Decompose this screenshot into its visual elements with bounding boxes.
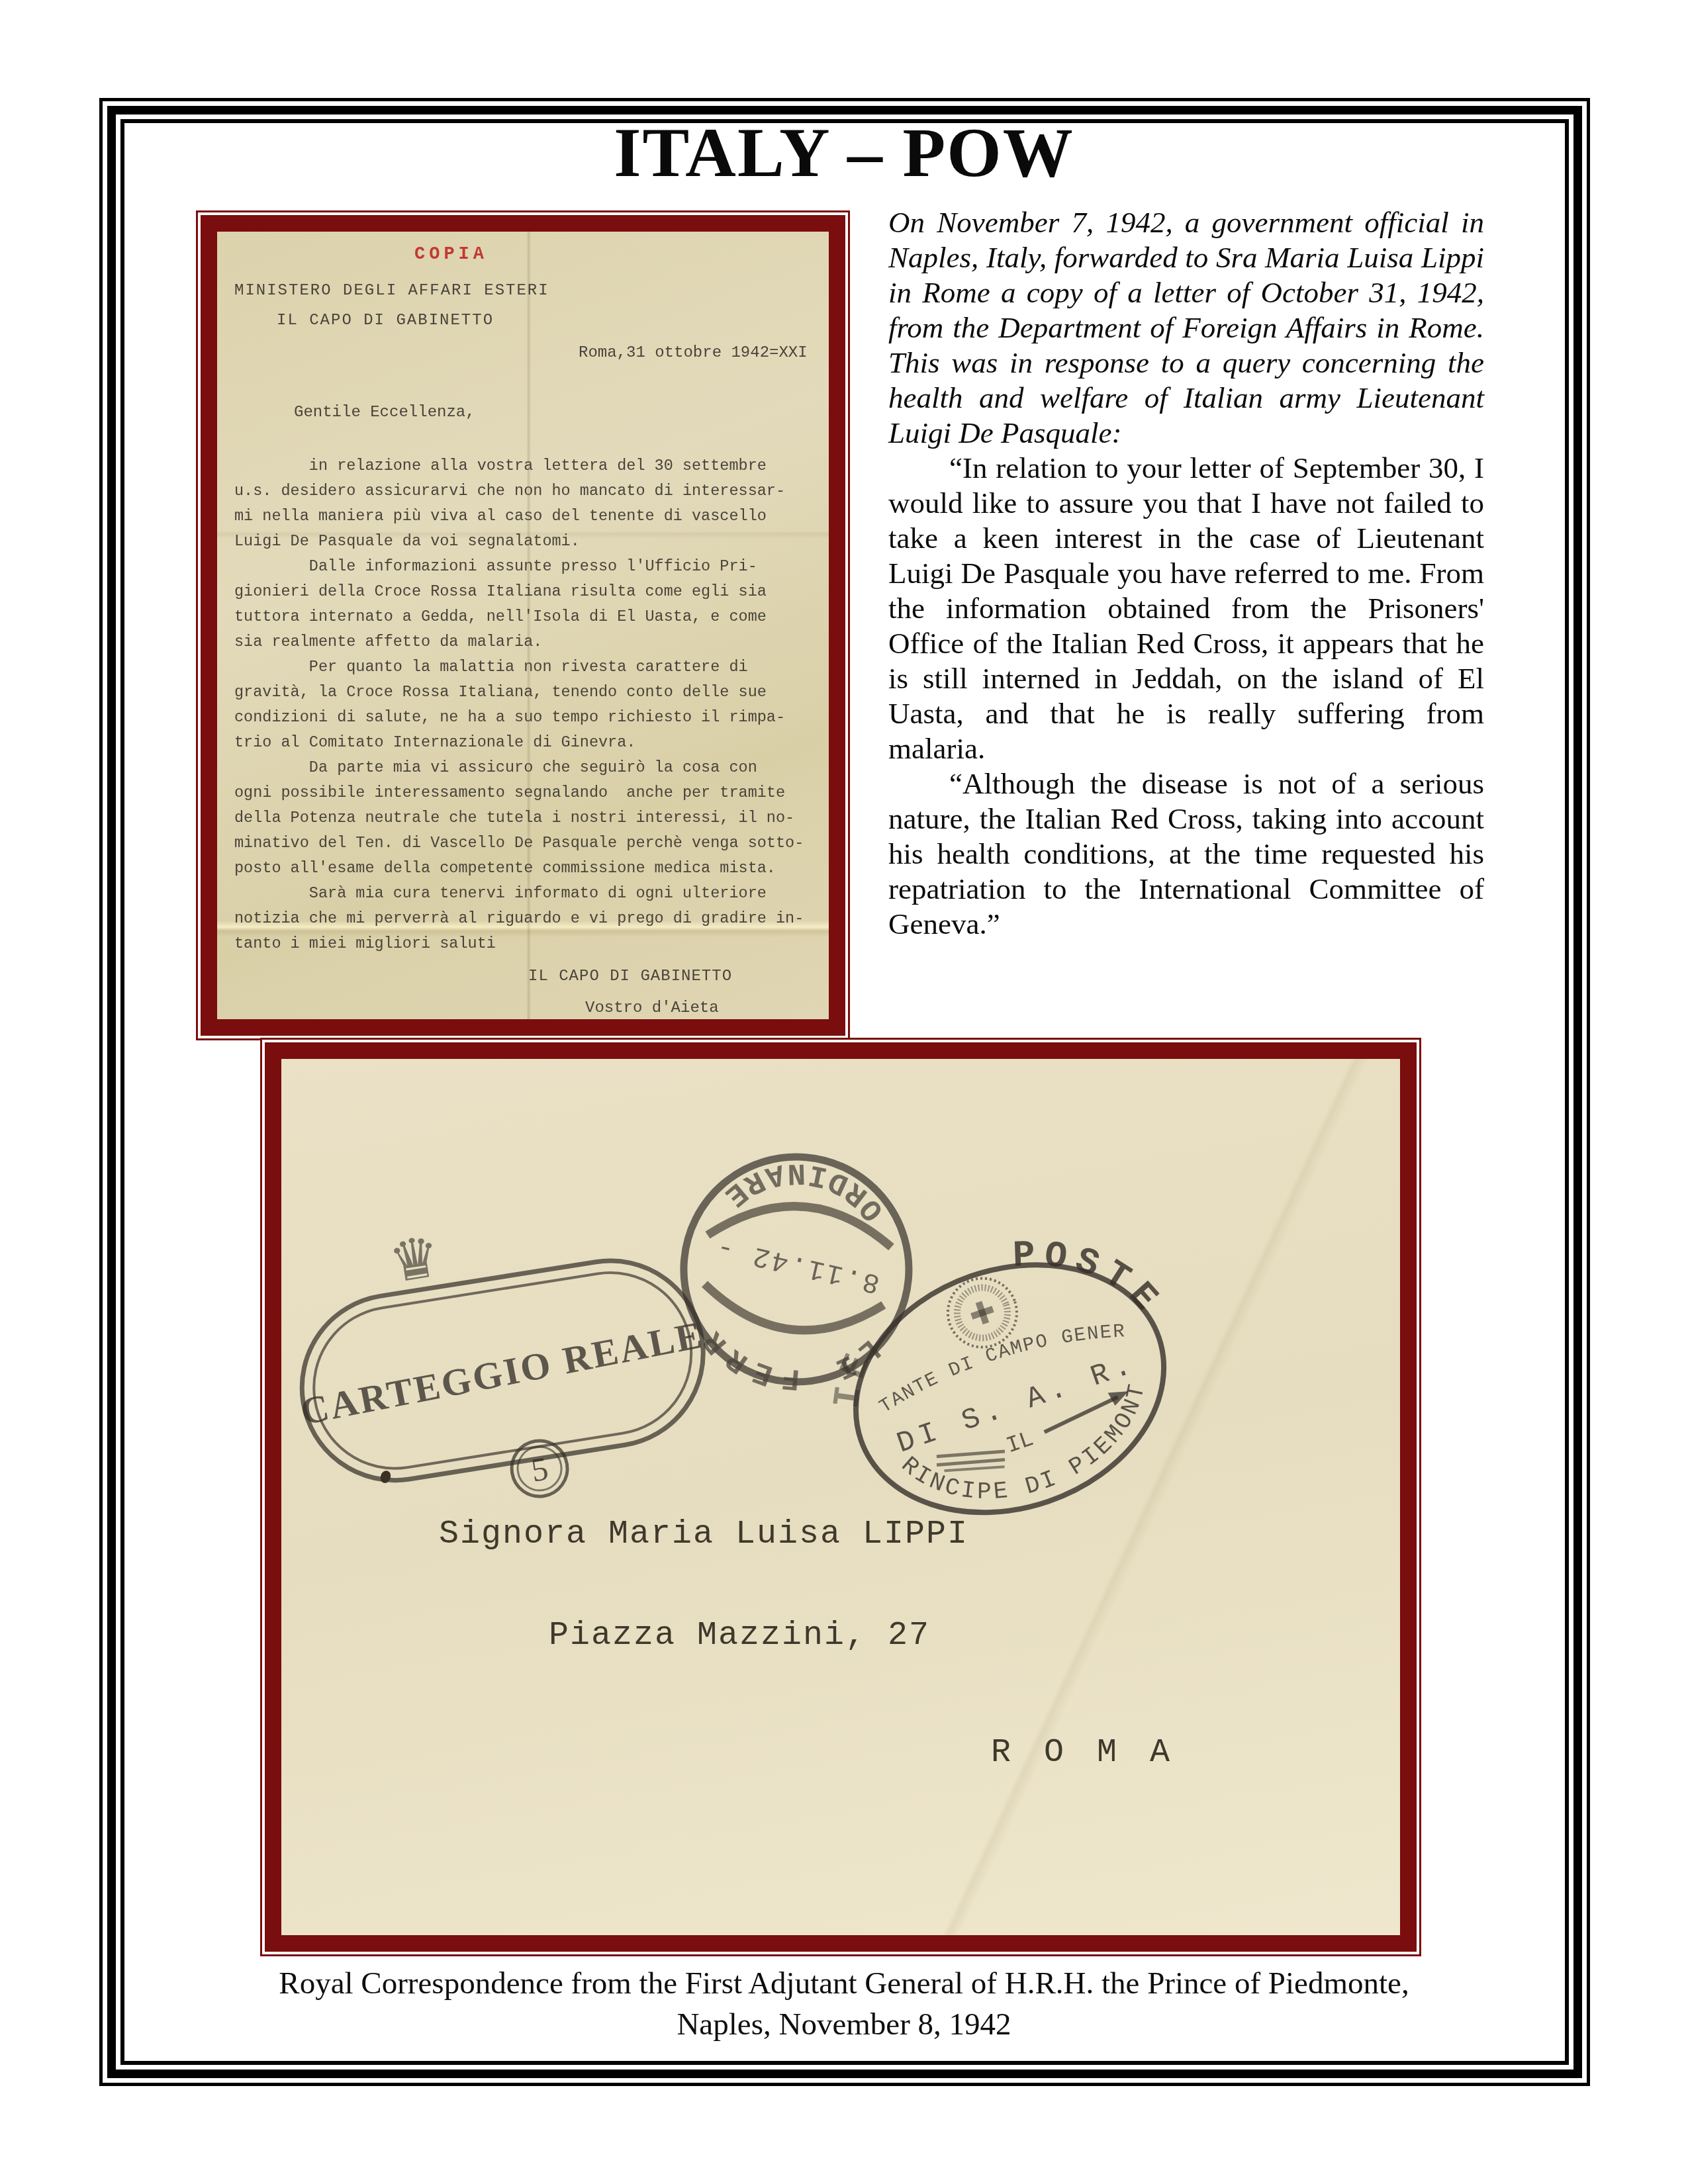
letter-scan-border: COPIA MINISTERO DEGLI AFFARI ESTERI IL C… bbox=[201, 215, 845, 1036]
letter-body-line: della Potenza neutrale che tutela i nost… bbox=[234, 806, 804, 831]
letter-salutation: Gentile Eccellenza, bbox=[294, 404, 475, 422]
letter-body-line: Dalle informazioni assunte presso l'Uffi… bbox=[234, 555, 804, 580]
letter-header-ministry: MINISTERO DEGLI AFFARI ESTERI bbox=[234, 282, 549, 300]
letter-body-line: sia realmente affetto da malaria. bbox=[234, 630, 804, 655]
letter-body-line: notizia che mi perverrà al riguardo e vi… bbox=[234, 907, 804, 932]
cds-date-text: 8.11.42 - bbox=[712, 1230, 882, 1299]
address-city: R O M A bbox=[991, 1734, 1176, 1772]
letter-body-line: mi nella maniera più viva al caso del te… bbox=[234, 504, 804, 529]
commentary-column: On November 7, 1942, a government offici… bbox=[888, 205, 1484, 942]
il-line-text: IL bbox=[1004, 1427, 1037, 1459]
commentary-paragraph: “Although the disease is not of a seriou… bbox=[888, 766, 1484, 942]
letter-body-line: Da parte mia vi assicuro che seguirò la … bbox=[234, 756, 804, 781]
commentary-paragraph: “In relation to your letter of September… bbox=[888, 451, 1484, 766]
exhibit-caption: Royal Correspondence from the First Adju… bbox=[132, 1963, 1556, 2045]
letter-scan: COPIA MINISTERO DEGLI AFFARI ESTERI IL C… bbox=[196, 210, 850, 1040]
address-recipient: Signora Maria Luisa LIPPI bbox=[439, 1516, 968, 1553]
letter-body-line: trio al Comitato Internazionale di Ginev… bbox=[234, 731, 804, 756]
exhibit-page: { "page": { "title": "ITALY – POW", "cap… bbox=[0, 0, 1688, 2184]
letter-body-line: u.s. desidero assicurarvi che non ho man… bbox=[234, 479, 804, 504]
letter-body-line: minativo del Ten. di Vascello De Pasqual… bbox=[234, 831, 804, 856]
letter-body-line: gravità, la Croce Rossa Italiana, tenend… bbox=[234, 680, 804, 705]
carteggio-reale-text: CARTEGGIO REALE bbox=[297, 1313, 707, 1433]
letter-body-line: tuttora internato a Gedda, nell'Isola di… bbox=[234, 605, 804, 630]
caption-line-2: Naples, November 8, 1942 bbox=[132, 2004, 1556, 2045]
letter-body-line: Luigi De Pasquale da voi segnalatomi. bbox=[234, 529, 804, 555]
letter-body-line: ogni possibile interessamento segnalando… bbox=[234, 781, 804, 806]
letter-body-line: tanto i miei migliori saluti bbox=[234, 932, 804, 957]
page-title: ITALY – POW bbox=[0, 113, 1688, 193]
envelope-scan-border: ♛ CARTEGGIO REALE 5 bbox=[265, 1042, 1417, 1952]
letter-paper: COPIA MINISTERO DEGLI AFFARI ESTERI IL C… bbox=[217, 232, 829, 1019]
letter-dateline: Roma,31 ottobre 1942=XXI bbox=[579, 344, 808, 362]
letter-body-line: Sarà mia cura tenervi informato di ogni … bbox=[234, 882, 804, 907]
letter-body-line: in relazione alla vostra lettera del 30 … bbox=[234, 454, 804, 479]
envelope-paper: ♛ CARTEGGIO REALE 5 bbox=[281, 1059, 1400, 1935]
caption-line-1: Royal Correspondence from the First Adju… bbox=[132, 1963, 1556, 2004]
letter-body: in relazione alla vostra lettera del 30 … bbox=[234, 454, 804, 957]
commentary-paragraph: On November 7, 1942, a government offici… bbox=[888, 205, 1484, 451]
letter-signature-name: Vostro d'Aieta bbox=[585, 999, 719, 1017]
letter-body-line: posto all'esame della competente commiss… bbox=[234, 856, 804, 882]
letter-signature-title: IL CAPO DI GABINETTO bbox=[528, 968, 732, 985]
circular-datestamp: LI FERR ORDINARE 8.11.42 - bbox=[651, 1124, 941, 1414]
address-street: Piazza Mazzini, 27 bbox=[549, 1617, 930, 1655]
letter-body-line: Per quanto la malattia non rivesta carat… bbox=[234, 655, 804, 680]
copia-stamp-label: COPIA bbox=[414, 245, 488, 265]
letter-header-office: IL CAPO DI GABINETTO bbox=[277, 312, 494, 330]
letter-body-line: condizioni di salute, ne ha a suo tempo … bbox=[234, 705, 804, 731]
envelope-scan: ♛ CARTEGGIO REALE 5 bbox=[260, 1038, 1421, 1956]
letter-body-line: gionieri della Croce Rossa Italiana risu… bbox=[234, 580, 804, 605]
